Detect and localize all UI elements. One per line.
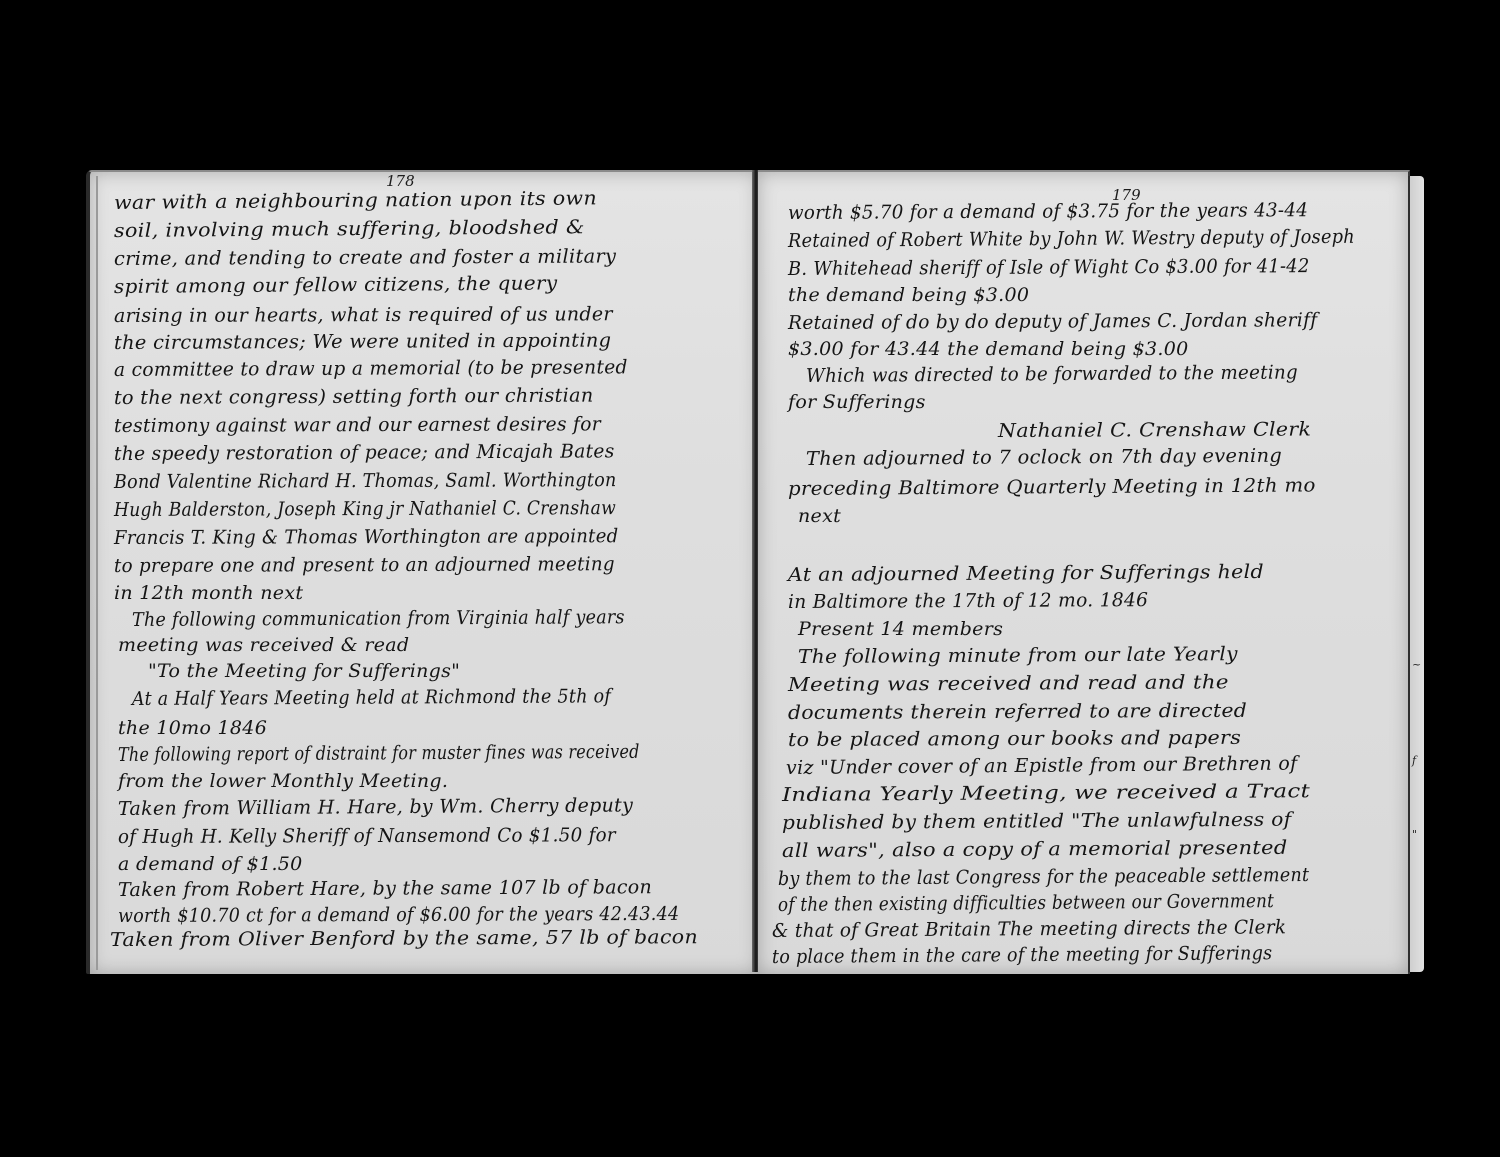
left-line: At a Half Years Meeting held at Richmond…	[132, 685, 611, 710]
right-line: all wars", also a copy of a memorial pre…	[782, 837, 1288, 862]
left-line: arising in our hearts, what is required …	[114, 303, 613, 327]
left-line: Francis T. King & Thomas Worthington are…	[114, 525, 619, 549]
right-line: in Baltimore the 17th of 12 mo. 1846	[788, 589, 1148, 613]
right-line: Retained of Robert White by John W. West…	[788, 226, 1355, 252]
right-line: Which was directed to be forwarded to th…	[806, 361, 1298, 387]
left-line: war with a neighbouring nation upon its …	[114, 187, 597, 214]
left-line: the circumstances; We were united in app…	[114, 329, 611, 354]
left-line: Taken from William H. Hare, by Wm. Cherr…	[118, 794, 633, 820]
right-line: Present 14 members	[798, 618, 1003, 640]
right-page: 179 worth $5.70 for a demand of $3.75 fo…	[758, 170, 1410, 974]
right-line: next	[798, 505, 841, 527]
right-line: worth $5.70 for a demand of $3.75 for th…	[788, 199, 1308, 224]
right-line: & that of Great Britain The meeting dire…	[772, 916, 1287, 942]
right-line: At an adjourned Meeting for Sufferings h…	[788, 561, 1264, 586]
left-line: crime, and tending to create and foster …	[114, 245, 616, 270]
left-line: in 12th month next	[114, 582, 303, 604]
left-line: to the next congress) setting forth our …	[114, 385, 594, 409]
edge-mark: ~	[1412, 658, 1421, 671]
left-line: from the lower Monthly Meeting.	[118, 770, 448, 792]
right-line: to be placed among our books and papers	[788, 727, 1241, 751]
edge-mark: f	[1412, 754, 1416, 767]
right-line: Then adjourned to 7 oclock on 7th day ev…	[806, 445, 1282, 470]
right-line: preceding Baltimore Quarterly Meeting in…	[788, 474, 1316, 500]
left-line: testimony against war and our earnest de…	[114, 413, 601, 437]
right-line: The following minute from our late Yearl…	[798, 643, 1238, 668]
open-ledger-book: 178 war with a neighbouring nation upon …	[86, 170, 1426, 978]
left-line: to prepare one and present to an adjourn…	[114, 553, 615, 577]
left-line: Hugh Balderston, Joseph King jr Nathanie…	[114, 497, 616, 521]
right-line: Meeting was received and read and the	[788, 671, 1229, 696]
left-line: soil, involving much suffering, bloodshe…	[114, 216, 585, 242]
left-line: worth $10.70 ct for a demand of $6.00 fo…	[118, 903, 679, 927]
left-line: spirit among our fellow citizens, the qu…	[114, 272, 558, 298]
right-line: of the then existing difficulties betwee…	[778, 890, 1274, 916]
right-line: $3.00 for 43.44 the demand being $3.00	[788, 338, 1189, 360]
edge-mark: "	[1412, 828, 1417, 841]
left-line: meeting was received & read	[118, 634, 409, 656]
left-line: a demand of $1.50	[118, 853, 303, 875]
right-line: for Sufferings	[788, 391, 926, 413]
right-line: published by them entitled "The unlawful…	[782, 809, 1292, 834]
right-line: B. Whitehead sheriff of Isle of Wight Co…	[788, 255, 1310, 280]
left-line: "To the Meeting for Sufferings"	[148, 660, 460, 682]
document-viewer: 178 war with a neighbouring nation upon …	[0, 0, 1500, 1157]
left-page-number: 178	[386, 172, 415, 190]
page-stack-edge	[1408, 176, 1424, 972]
left-line: Taken from Oliver Benford by the same, 5…	[110, 926, 698, 951]
left-line: the speedy restoration of peace; and Mic…	[114, 440, 615, 465]
right-line: by them to the last Congress for the pea…	[778, 864, 1309, 890]
right-line: viz "Under cover of an Epistle from our …	[786, 753, 1298, 779]
left-line: The following report of distraint for mu…	[118, 741, 640, 766]
right-line: documents therein referred to are direct…	[788, 700, 1247, 724]
right-line: the demand being $3.00	[788, 284, 1029, 306]
left-line: Bond Valentine Richard H. Thomas, Saml. …	[114, 469, 617, 493]
left-line: Taken from Robert Hare, by the same 107 …	[118, 876, 652, 901]
left-line: The following communication from Virgini…	[132, 606, 625, 631]
clerk-signature: Nathaniel C. Crenshaw Clerk	[998, 418, 1311, 442]
left-line: a committee to draw up a memorial (to be…	[114, 356, 628, 381]
left-line: the 10mo 1846	[118, 717, 267, 739]
right-line: Retained of do by do deputy of James C. …	[788, 309, 1318, 334]
right-line: Indiana Yearly Meeting, we received a Tr…	[782, 780, 1310, 806]
left-page: 178 war with a neighbouring nation upon …	[86, 170, 758, 974]
right-line: to place them in the care of the meeting…	[772, 942, 1273, 968]
left-line: of Hugh H. Kelly Sheriff of Nansemond Co…	[118, 824, 616, 848]
